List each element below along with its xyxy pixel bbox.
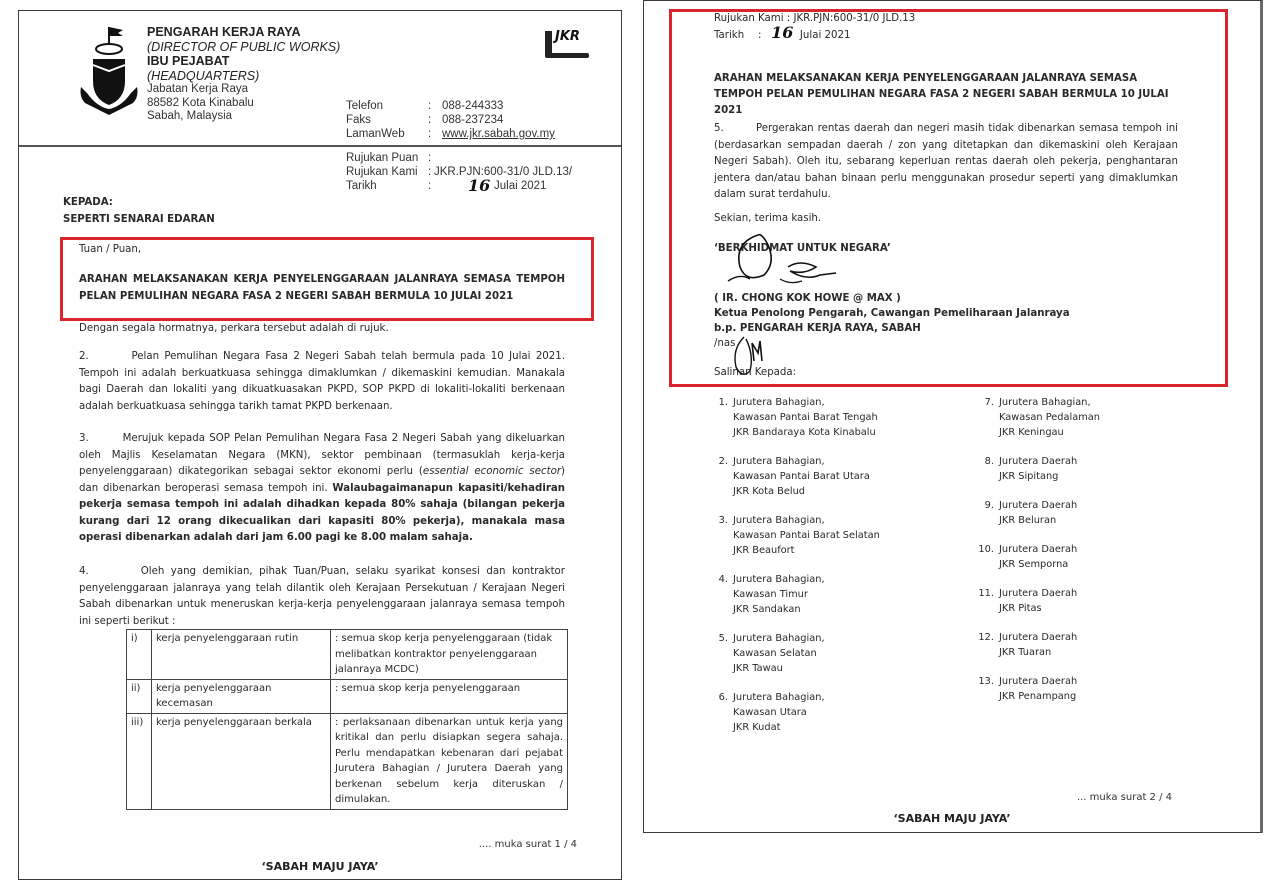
- ref-ours: Rujukan Kami:JKR.PJN:600-31/0 JLD.13/: [346, 165, 572, 179]
- list-item: 8.Jurutera DaerahJKR Sipitang: [974, 454, 1100, 484]
- list-item: 9.Jurutera DaerahJKR Beluran: [974, 498, 1100, 528]
- list-item: 4.Jurutera Bahagian,Kawasan TimurJKR San…: [708, 572, 880, 617]
- distribution-list-right: 7.Jurutera Bahagian,Kawasan PedalamanJKR…: [974, 395, 1100, 718]
- list-item: 3.Jurutera Bahagian,Kawasan Pantai Barat…: [708, 513, 880, 558]
- footer-motto: ‘SABAH MAJU JAYA’: [19, 860, 621, 873]
- address-line: 88582 Kota Kinabalu: [147, 97, 340, 111]
- recipient-label: KEPADA:: [63, 194, 215, 211]
- list-item: 5.Jurutera Bahagian,Kawasan SelatanJKR T…: [708, 631, 880, 676]
- cc-label: Salinan Kepada:: [714, 365, 796, 382]
- subject-line: ARAHAN MELAKSANAKAN KERJA PENYELENGGARAA…: [79, 271, 565, 305]
- reference-block: Rujukan Puan: Rujukan Kami:JKR.PJN:600-3…: [346, 151, 572, 193]
- letterhead: PENGARAH KERJA RAYA (DIRECTOR OF PUBLIC …: [147, 25, 340, 124]
- list-item: 2.Jurutera Bahagian,Kawasan Pantai Barat…: [708, 454, 880, 499]
- table-row: i) kerja penyelenggaraan rutin : semua s…: [127, 630, 568, 680]
- header-divider: [19, 145, 621, 147]
- closing: Sekian, terima kasih.: [714, 211, 821, 228]
- jkr-logo: JKR: [543, 25, 593, 63]
- letter-page-2: Rujukan Kami : JKR.PJN:600-31/0 JLD.13 T…: [643, 0, 1263, 833]
- signatory-on-behalf: b.p. PENGARAH KERJA RAYA, SABAH: [714, 321, 1070, 336]
- salutation: Tuan / Puan,: [79, 242, 141, 259]
- table-row: ii) kerja penyelenggaraan kecemasan : se…: [127, 679, 568, 713]
- contact-block: Telefon:088-244333 Faks:088-237234 Laman…: [346, 99, 555, 141]
- footer-motto: ‘SABAH MAJU JAYA’: [644, 812, 1260, 825]
- recipient-block: KEPADA: SEPERTI SENARAI EDARAN: [63, 194, 215, 228]
- list-item: 10.Jurutera DaerahJKR Semporna: [974, 542, 1100, 572]
- contact-phone: Telefon:088-244333: [346, 99, 555, 113]
- website-link[interactable]: www.jkr.sabah.gov.my: [442, 127, 555, 141]
- list-item: 6.Jurutera Bahagian,Kawasan UtaraJKR Kud…: [708, 690, 880, 735]
- org-name-en: (DIRECTOR OF PUBLIC WORKS): [147, 40, 340, 55]
- paragraph-4: 4. Oleh yang demikian, pihak Tuan/Puan, …: [79, 564, 565, 630]
- list-item: 11.Jurutera DaerahJKR Pitas: [974, 586, 1100, 616]
- page-number: .... muka surat 1 / 4: [479, 839, 577, 850]
- page-number: ... muka surat 2 / 4: [1077, 792, 1172, 803]
- intro-paragraph: Dengan segala hormatnya, perkara tersebu…: [79, 321, 389, 338]
- works-table: i) kerja penyelenggaraan rutin : semua s…: [126, 629, 568, 810]
- paragraph-5: 5. Pergerakan rentas daerah dan negeri m…: [714, 121, 1178, 204]
- ref-ours: Rujukan Kami : JKR.PJN:600-31/0 JLD.13: [714, 12, 915, 26]
- list-item: 7.Jurutera Bahagian,Kawasan PedalamanJKR…: [974, 395, 1100, 440]
- paragraph-2: 2. Pelan Pemulihan Negara Fasa 2 Negeri …: [79, 349, 565, 415]
- handwritten-day: 16: [771, 23, 793, 42]
- address-line: Sabah, Malaysia: [147, 110, 340, 124]
- recipient: SEPERTI SENARAI EDARAN: [63, 211, 215, 228]
- org-name: PENGARAH KERJA RAYA: [147, 25, 340, 40]
- list-item: 13.Jurutera DaerahJKR Penampang: [974, 674, 1100, 704]
- signatory-name: ( IR. CHONG KOK HOWE @ MAX ): [714, 291, 1070, 306]
- address-line: Jabatan Kerja Raya: [147, 83, 340, 97]
- subject-line: ARAHAN MELAKSANAKAN KERJA PENYELENGGARAA…: [714, 71, 1184, 119]
- jkr-logo-text: JKR: [555, 29, 580, 44]
- ref-date: Tarikh:16Julai 2021: [346, 179, 572, 193]
- office-name-en: (HEADQUARTERS): [147, 69, 340, 84]
- reference-block: Rujukan Kami : JKR.PJN:600-31/0 JLD.13 T…: [714, 12, 915, 43]
- table-row: iii) kerja penyelenggaraan berkala : per…: [127, 713, 568, 809]
- contact-fax: Faks:088-237234: [346, 113, 555, 127]
- state-crest-icon: [71, 23, 151, 123]
- contact-website: LamanWeb:www.jkr.sabah.gov.my: [346, 127, 555, 141]
- list-item: 12.Jurutera DaerahJKR Tuaran: [974, 630, 1100, 660]
- list-item: 1.Jurutera Bahagian,Kawasan Pantai Barat…: [708, 395, 880, 440]
- signatory-title: Ketua Penolong Pengarah, Cawangan Pemeli…: [714, 306, 1070, 321]
- signature-icon: [720, 229, 850, 299]
- address: Jabatan Kerja Raya 88582 Kota Kinabalu S…: [147, 83, 340, 124]
- letter-page-1: PENGARAH KERJA RAYA (DIRECTOR OF PUBLIC …: [18, 10, 622, 880]
- paragraph-3: 3. Merujuk kepada SOP Pelan Pemulihan Ne…: [79, 431, 565, 547]
- office-name: IBU PEJABAT: [147, 54, 340, 69]
- distribution-list-left: 1.Jurutera Bahagian,Kawasan Pantai Barat…: [708, 395, 880, 749]
- handwritten-day: 16: [468, 179, 494, 193]
- ref-your: Rujukan Puan:: [346, 151, 572, 165]
- ref-date: Tarikh: 16 Julai 2021: [714, 26, 915, 43]
